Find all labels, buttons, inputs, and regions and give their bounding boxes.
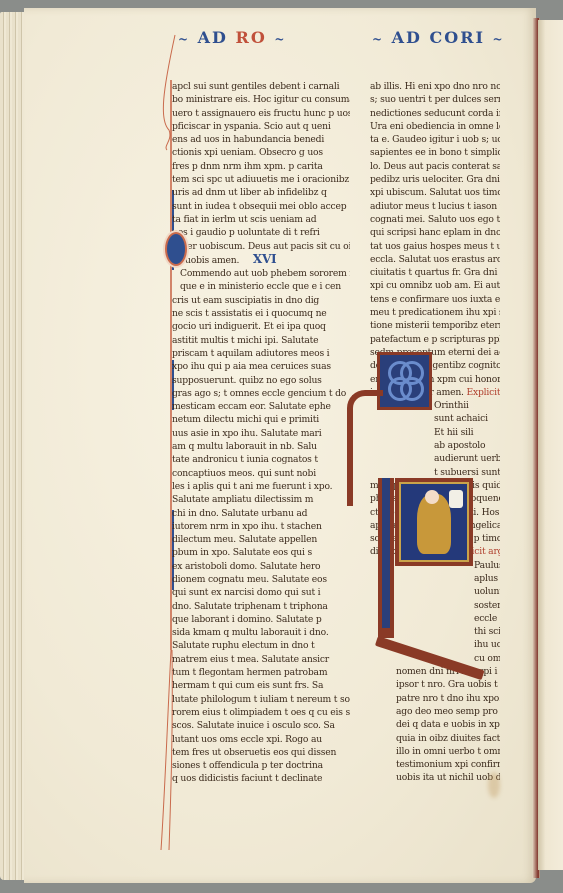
text-line: Et hii sili [370,426,500,439]
text-line: concaptiuos meos. qui sunt nobi [172,467,350,480]
historiated-initial-argument [377,352,432,410]
flourish-icon: ~ [178,32,190,46]
text-line: bz uobis amen. XVI [172,253,350,267]
text-line: uobis ita ut nichil uob desit in [370,771,500,784]
text-line: pedibz uris uelociter. Gra dni nri [370,173,500,186]
running-head-left: ~ AD RO ~ [178,28,286,47]
text-line: ipsor t nro. Gra uobis t pax a deo [370,678,500,691]
text-line: sunt achaici [370,412,500,425]
text-line: tat uos gaius hospes meus t uniuersa [370,240,500,253]
text-line: sida kmam q multu laborauit i dno. [172,626,350,639]
text-line: nedictiones seducunt corda innocencium. [370,107,500,120]
text-line: fres p dnm nrm ihm xpm. p carita [172,160,350,173]
text-line: dionem cognatu meu. Salutate eos [172,573,350,586]
text-line: meu t predicationem ihu xpi s; reuela [370,306,500,319]
flourish-icon: ~ [372,32,384,46]
text-line: lutate philologum t iuliam t nereum t so [172,693,350,706]
text-line: xpi cu omnibz uob am. Ei aut qui po [370,279,500,292]
initial-c-chapter [165,232,187,266]
text-line: scos. Salutate inuice i osculo sco. Sa [172,719,350,732]
text-line: sunt in iudea t obsequii mei oblo accep [172,200,350,213]
historiated-initial-p [395,478,473,566]
text-line: qui scripsi hanc eplam in dno. Salu [370,226,500,239]
flourish-icon: ~ [493,32,505,46]
text-line: eccla. Salutat uos erastus archarius [370,253,500,266]
text-line: t subuersi sunt [370,466,500,479]
text-line: pficiscar in yspania. Scio aut q ueni [172,120,350,133]
text-line: ab apostolo [370,439,500,452]
text-line: dei q data e uobis in xpo ihu q [370,718,500,731]
flourish-icon: ~ [274,32,286,46]
text-line: tens e confirmare uos iuxta euangeliu [370,293,500,306]
text-line: illo in omni uerbo t omni sciencia [370,745,500,758]
text-line: Salutate ruphu electum in dno t [172,639,350,652]
text-line: iutorem nrm in xpo ihu. t stachen [172,520,350,533]
text-line: les i aplis qui t ani me fuerunt i xpo. [172,480,350,493]
text-line: astitit multis t michi ipi. Salutate [172,334,350,347]
text-line: dilectum meu. Salutate appellen [172,533,350,546]
figure-head-icon [425,490,439,504]
text-line: rorem eius t olimpiadem t oes q cu eis s [172,706,350,719]
text-line: ta fiat in ierlm ut scis ueniam ad [172,213,350,226]
running-head-right: ~ AD CORI ~ [372,28,505,47]
running-head-word: RO [236,28,267,47]
text-line: Ura eni obediencia in omne locu diuulga [370,120,500,133]
text-line: bo ministrare eis. Hoc igitur cu consuma [172,93,350,106]
text-line: ab illis. Hi eni xpo dno nro no seruiut [370,80,500,93]
text-line: patre nro t dno ihu xpo. Gras [370,692,500,705]
text-line: netum dilectu michi qui e primiti [172,413,350,426]
running-head-word: CORI [430,28,485,47]
text-line: tem fres ut obseruetis eos qui dissen [172,746,350,759]
text-line: hermam t qui cum eis sunt frs. Sa [172,679,350,692]
knotwork-icon [380,355,429,407]
text-line: tum t flegontam hermen patrobam [172,666,350,679]
text-line: uero t assignauero eis fructu hunc p uos [172,107,350,120]
text-line: quia in oibz diuites facti estis i [370,732,500,745]
text-line: dno. Salutate triphenam t triphona [172,600,350,613]
parchment-stain [488,772,500,798]
text-line: adiutor meus t lucius t iason t sosi [370,200,500,213]
text-line: matrem eius t mea. Salutate ansicr [172,653,350,666]
text-line: audierunt uerbu ueritatis [370,452,500,465]
text-line: xpi ubiscum. Salutat uos timotheus [370,186,500,199]
initial-p-stem [378,478,394,638]
text-line: ciuitatis t quartus fr. Gra dni nri ihu [370,266,500,279]
text-line: priscam t aquilam adiutores meos i [172,347,350,360]
text-line: cognati mei. Saluto uos ego tercius [370,213,500,226]
text-line: chi in dno. Salutate urbanu ad [172,507,350,520]
scroll-icon [449,490,463,508]
text-line: tem sci spc ut adiuuetis me i oracionibz [172,173,350,186]
text-line: uris ad dnm ut liber ab infidelibz q [172,186,350,199]
text-line: gras ago s; t omnes eccle gencium t do [172,387,350,400]
text-line: lo. Deus aut pacis conterat sathanam s [370,160,500,173]
text-line: q uos didicistis faciunt t declinate [172,772,350,785]
running-head-prefix: AD [392,28,422,47]
text-line: ctionis xpi ueniam. Obsecro g uos [172,146,350,159]
facing-page-edge [538,20,563,870]
text-line: supposuerunt. quibz no ego solus [172,374,350,387]
text-line: gocio uri indiguerit. Et ei ipa quoq [172,320,350,333]
text-line: apcl sui sunt gentiles debent i carnali [172,80,350,93]
text-line: am q multu laborauit in nb. Salu [172,440,350,453]
text-line: uus asie in xpo ihu. Salutate mari [172,427,350,440]
running-head-prefix: AD [198,28,228,47]
text-line: cris ut eam suscipiatis in dno dig [172,294,350,307]
text-line: lutant uos oms eccle xpi. Rogo au [172,733,350,746]
text-line: tione misterii temporibz eternis taciti … [370,319,500,332]
explicit-rubric: Explicit epla ad romanos. Incip argument… [467,387,501,398]
text-line: ex aristoboli domo. Salutate hero [172,560,350,573]
text-line: xpo ihu qui p aia mea ceruices suas [172,360,350,373]
text-line: testimonium xpi confirmatum est in [370,758,500,771]
text-line: uos i gaudio p uoluntate di t refri [172,226,350,239]
text-line: que laborant i domino. Salutate p [172,613,350,626]
text-line: que e in ministerio eccle que e i cen [172,280,350,293]
text-line: ta e. Gaudeo igitur i uob s; uolo uos [370,133,500,146]
text-line: sapientes ee in bono t simplices i ma [370,146,500,159]
text-line: mesticam eccam eor. Salutate ephe [172,400,350,413]
chapter-number: XVI [253,252,277,266]
text-line: ago deo meo semp pro uob i gra [370,705,500,718]
text-line: pbum in xpo. Salutate eos qui s [172,546,350,559]
text-line: gerer uobiscum. Deus aut pacis sit cu oi [172,240,350,253]
text-line: qui sunt ex narcisi domo qui sut i [172,586,350,599]
text-line: patefactum e p scripturas pphetarum [370,333,500,346]
text-line: Commendo aut uob phebem sororem nram [172,267,350,280]
text-line: Salutate ampliatu dilectissim m [172,493,350,506]
text-line: siones t offendicula p ter doctrina [172,759,350,772]
text-line: tate andronicu t iunia cognatos t [172,453,350,466]
text-line: ne scis t assistatis ei i quocumq ne [172,307,350,320]
text-line: s; suo uentri t per dulces sermones t be [370,93,500,106]
manuscript-book: ~ AD RO ~ ~ AD CORI ~ apcl sui sunt gent… [0,0,563,893]
text-line: ens ad uos in habundancia benedi [172,133,350,146]
left-text-column: apcl sui sunt gentiles debent i carnali … [172,80,350,786]
